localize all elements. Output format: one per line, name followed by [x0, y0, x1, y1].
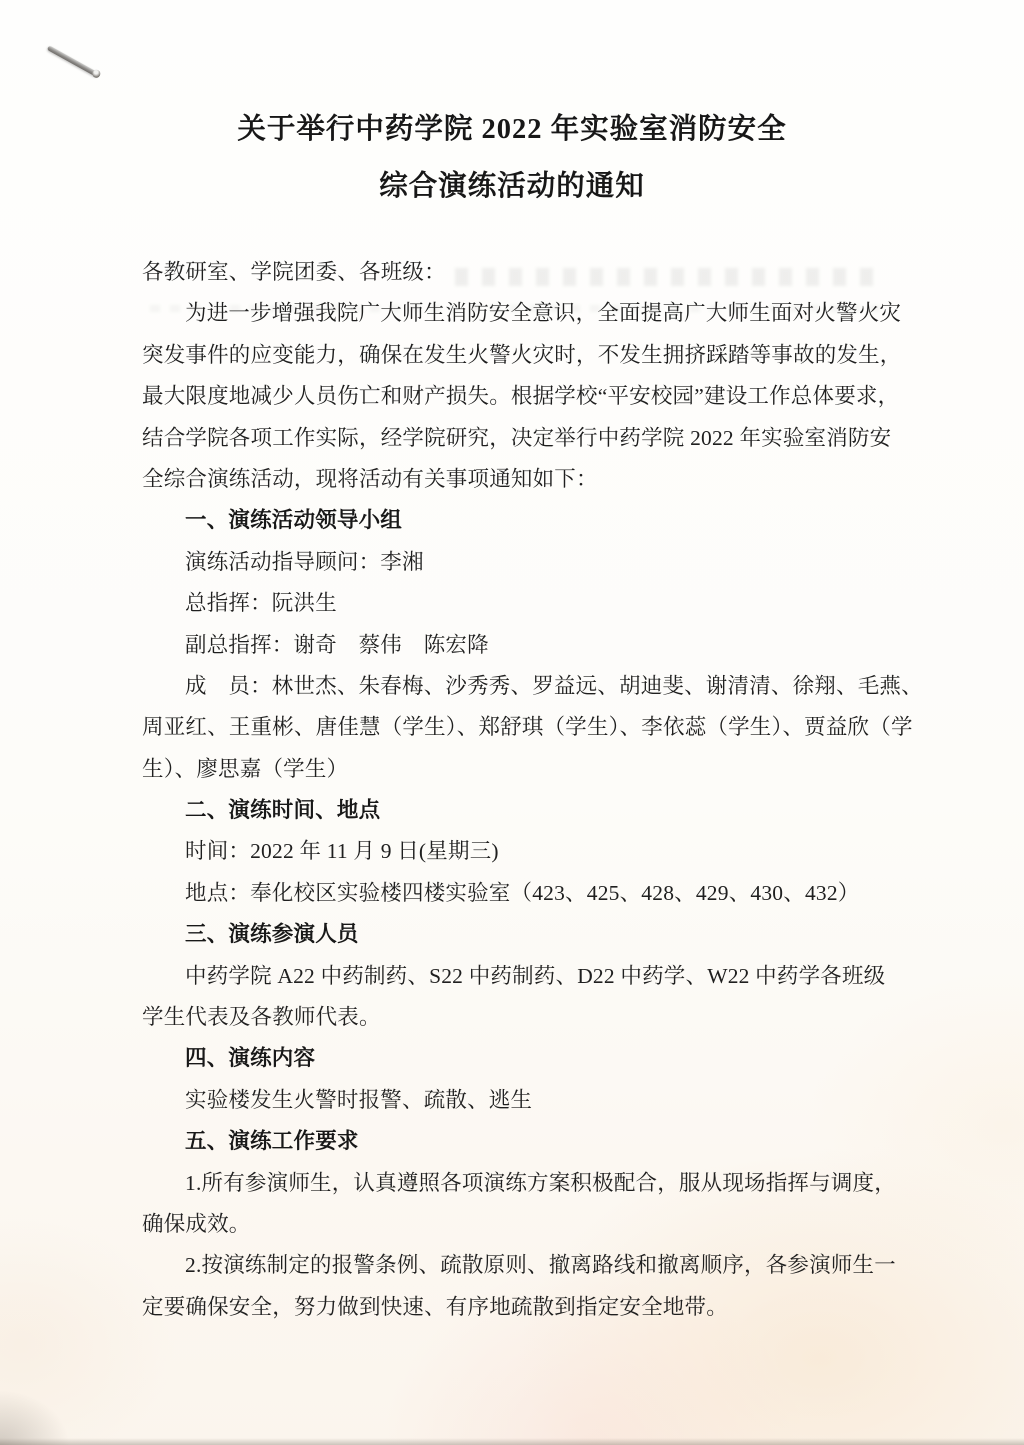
- text-line: 1.所有参演师生，认真遵照各项演练方案积极配合，服从现场指挥与调度，: [142, 1163, 994, 1204]
- text-line: 周亚红、王重彬、唐佳慧（学生）、郑舒琪（学生）、李依蕊（学生）、贾益欣（学: [142, 707, 994, 748]
- text-line: 地点：奉化校区实验楼四楼实验室（423、425、428、429、430、432）: [142, 873, 994, 914]
- text-line: 成 员：林世杰、朱春梅、沙秀秀、罗益远、胡迪斐、谢清清、徐翔、毛燕、: [142, 666, 994, 707]
- document-body: 各教研室、学院团委、各班级： 为进一步增强我院广大师生消防安全意识，全面提高广大…: [0, 252, 1024, 1328]
- text-line: 最大限度地减少人员伤亡和财产损失。根据学校“平安校园”建设工作总体要求，: [142, 376, 994, 417]
- text-line: 中药学院 A22 中药制药、S22 中药制药、D22 中药学、W22 中药学各班…: [142, 956, 994, 997]
- text-line: 为进一步增强我院广大师生消防安全意识，全面提高广大师生面对火警火灾: [142, 293, 994, 334]
- text-line: 全综合演练活动，现将活动有关事项通知如下：: [142, 459, 994, 500]
- document-title: 关于举行中药学院 2022 年实验室消防安全 综合演练活动的通知: [0, 0, 1024, 215]
- section-heading-1: 一、演练活动领导小组: [142, 500, 994, 541]
- text-line: 确保成效。: [142, 1204, 994, 1245]
- text-line: 演练活动指导顾问：李湘: [142, 542, 994, 583]
- text-line: 总指挥：阮洪生: [142, 583, 994, 624]
- scan-smudge: [150, 305, 890, 312]
- scan-corner-shadow: [0, 1390, 70, 1445]
- text-line: 结合学院各项工作实际，经学院研究，决定举行中药学院 2022 年实验室消防安: [142, 418, 994, 459]
- text-line: 时间：2022 年 11 月 9 日(星期三): [142, 831, 994, 872]
- text-line: 2.按演练制定的报警条例、疏散原则、撤离路线和撤离顺序，各参演师生一: [142, 1245, 994, 1286]
- text-line: 突发事件的应变能力，确保在发生火警火灾时，不发生拥挤踩踏等事故的发生，: [142, 335, 994, 376]
- scan-edge-shadow: [0, 1438, 1024, 1445]
- scan-smudge: [455, 268, 885, 286]
- section-heading-4: 四、演练内容: [142, 1038, 994, 1079]
- document-title-line-1: 关于举行中药学院 2022 年实验室消防安全: [0, 101, 1024, 158]
- text-line: 学生代表及各教师代表。: [142, 997, 994, 1038]
- text-line: 生）、廖思嘉（学生）: [142, 749, 994, 790]
- section-heading-5: 五、演练工作要求: [142, 1121, 994, 1162]
- section-heading-3: 三、演练参演人员: [142, 914, 994, 955]
- text-line: 副总指挥：谢奇 蔡伟 陈宏降: [142, 625, 994, 666]
- document-title-line-2: 综合演练活动的通知: [0, 158, 1024, 215]
- section-heading-2: 二、演练时间、地点: [142, 790, 994, 831]
- document-page: 关于举行中药学院 2022 年实验室消防安全 综合演练活动的通知 各教研室、学院…: [0, 0, 1024, 1445]
- text-line: 实验楼发生火警时报警、疏散、逃生: [142, 1080, 994, 1121]
- text-line: 定要确保安全，努力做到快速、有序地疏散到指定安全地带。: [142, 1287, 994, 1328]
